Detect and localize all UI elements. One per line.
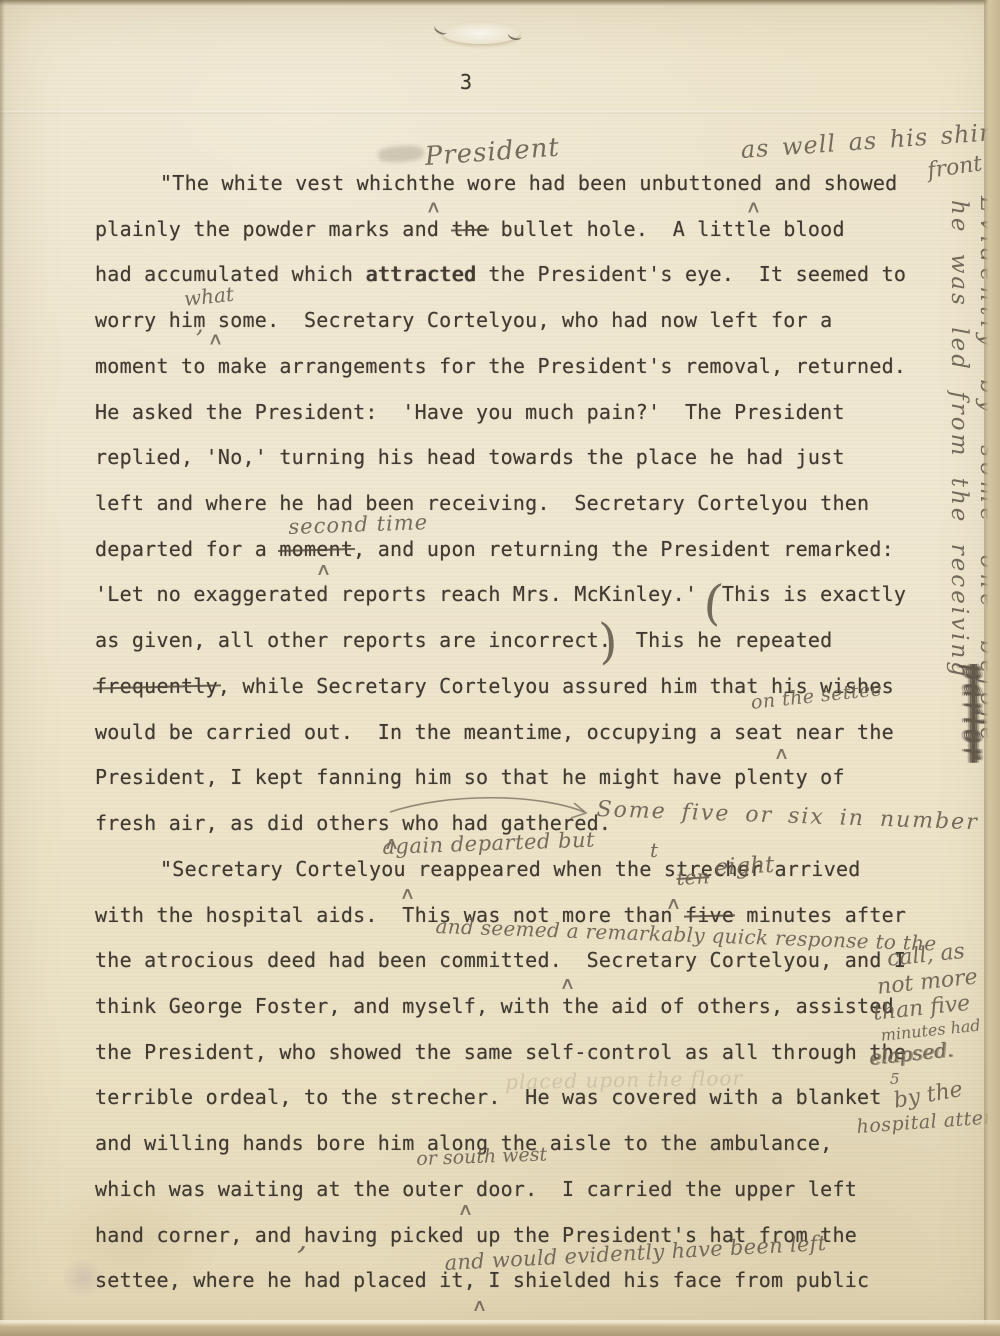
page-number: 3 xyxy=(460,70,472,94)
paper-edge-bottom xyxy=(0,1320,1000,1336)
typed-line: think George Foster, and myself, with th… xyxy=(95,995,894,1018)
typed-line: He asked the President: 'Have you much p… xyxy=(95,401,845,424)
margin-hospital-attendants: hospital attendants xyxy=(856,1104,1000,1138)
typed-line: the President, who showed the same self-… xyxy=(95,1041,906,1064)
manuscript-page: 3 "The white vest whichthe wore had been… xyxy=(0,0,1000,1336)
caret-mark: ∧ xyxy=(745,197,761,218)
typed-line: worry him some. Secretary Cortelyou, who… xyxy=(95,309,832,332)
typed-text: minutes after xyxy=(734,903,906,927)
typed-text: plainly the powder marks and xyxy=(95,217,451,241)
struck-word: moment xyxy=(279,537,353,561)
staple-mark xyxy=(432,14,532,54)
typed-text: , and upon returning the President remar… xyxy=(353,537,894,561)
typed-text: left and where he had been receiving. Se… xyxy=(95,491,869,515)
paper-edge-left xyxy=(0,0,5,1336)
insert-president: President xyxy=(424,135,561,172)
typed-text: departed for a xyxy=(95,537,279,561)
paren-close: ) xyxy=(598,621,618,662)
typed-text: the President, who showed the same self-… xyxy=(95,1040,906,1064)
margin-elapsed: elapsed. xyxy=(868,1039,954,1069)
typed-text: think George Foster, and myself, with th… xyxy=(95,994,894,1018)
word-ten-struck: ten xyxy=(676,866,710,889)
caret-mark: ∧ xyxy=(559,973,575,994)
caret-mark: ∧ xyxy=(207,329,223,350)
typed-line: the atrocious deed had been committed. S… xyxy=(95,949,906,972)
caret-mark: ∧ xyxy=(315,559,331,580)
typed-text: worry him some. Secretary Cortelyou, who… xyxy=(95,308,832,332)
insert-south-west: or south west xyxy=(416,1145,547,1169)
typed-line: 'Let no exaggerated reports reach Mrs. M… xyxy=(95,583,906,606)
comma-after-and: , xyxy=(297,1224,310,1256)
struck-word: frequently xyxy=(95,674,218,698)
typed-line: as given, all other reports are incorrec… xyxy=(95,629,832,652)
word-eight: eight xyxy=(714,853,775,880)
fold-crease xyxy=(0,111,1000,114)
typed-line: left and where he had been receiving. Se… xyxy=(95,492,869,515)
note-erased-pencil: placed upon the floor xyxy=(505,1068,743,1093)
insert-again-departed: again departed but xyxy=(382,829,595,858)
struck-word: the xyxy=(451,217,488,241)
typed-text: terrible ordeal, to the strecher. He was… xyxy=(95,1085,882,1109)
typed-line: would be carried out. In the meantime, o… xyxy=(95,721,894,744)
erased-word-smudge xyxy=(377,144,424,163)
typed-text: which was waiting at the outer door. I c… xyxy=(95,1177,857,1201)
typed-text: He asked the President: 'Have you much p… xyxy=(95,400,845,424)
typed-line: replied, 'No,' turning his head towards … xyxy=(95,446,845,469)
margin-vertical-scribble: parlor xyxy=(961,664,986,763)
caret-mark: ∧ xyxy=(383,833,399,854)
caret-mark: ∧ xyxy=(773,743,789,764)
caret-mark: ∧ xyxy=(471,1295,487,1316)
typed-text: moment to make arrangements for the Pres… xyxy=(95,354,906,378)
paper-edge-right xyxy=(984,0,1000,1336)
note-front: front xyxy=(926,152,984,183)
typed-text: would be carried out. In the meantime, o… xyxy=(95,720,894,744)
note-five-or-six: Some five or six in number xyxy=(596,798,979,834)
caret-mark: ∧ xyxy=(665,893,681,914)
typed-text: replied, 'No,' turning his head towards … xyxy=(95,445,845,469)
typed-text: the atrocious deed had been committed. S… xyxy=(95,948,906,972)
typed-line: "The white vest whichthe wore had been u… xyxy=(160,172,897,195)
typed-line: which was waiting at the outer door. I c… xyxy=(95,1178,857,1201)
typed-text: 'Let no exaggerated reports reach Mrs. M… xyxy=(95,582,906,606)
typed-text: President, I kept fanning him so that he… xyxy=(95,765,845,789)
caret-mark: ∧ xyxy=(457,1199,473,1220)
insert-second-time: second time xyxy=(288,511,428,538)
caret-mark: ∧ xyxy=(399,883,415,904)
typed-line: President, I kept fanning him so that he… xyxy=(95,766,845,789)
typed-line: moment to make arrangements for the Pres… xyxy=(95,355,906,378)
typed-line: plainly the powder marks and the bullet … xyxy=(95,218,845,241)
overtyped-word: attracted xyxy=(365,262,476,286)
margin-vertical-he-was-led: he was led from the receiving xyxy=(947,200,971,679)
paper-edge-top xyxy=(0,0,1000,6)
caret-mark: ∧ xyxy=(425,197,441,218)
insert-what: what xyxy=(183,284,235,310)
insert-t: t xyxy=(650,840,658,861)
margin-5: 5 xyxy=(890,1072,900,1088)
typed-line: terrible ordeal, to the strecher. He was… xyxy=(95,1086,882,1109)
margin-by-the: by the xyxy=(892,1078,965,1113)
typed-text: "The white vest whichthe wore had been u… xyxy=(160,171,897,195)
typed-text: as given, all other reports are incorrec… xyxy=(95,628,832,652)
typed-line: departed for a moment, and upon returnin… xyxy=(95,538,894,561)
comma-after-him: , xyxy=(196,312,204,337)
paren-open: ( xyxy=(702,582,725,625)
typed-text: bullet hole. A little blood xyxy=(488,217,844,241)
typed-text: the President's eye. It seemed to xyxy=(476,262,906,286)
